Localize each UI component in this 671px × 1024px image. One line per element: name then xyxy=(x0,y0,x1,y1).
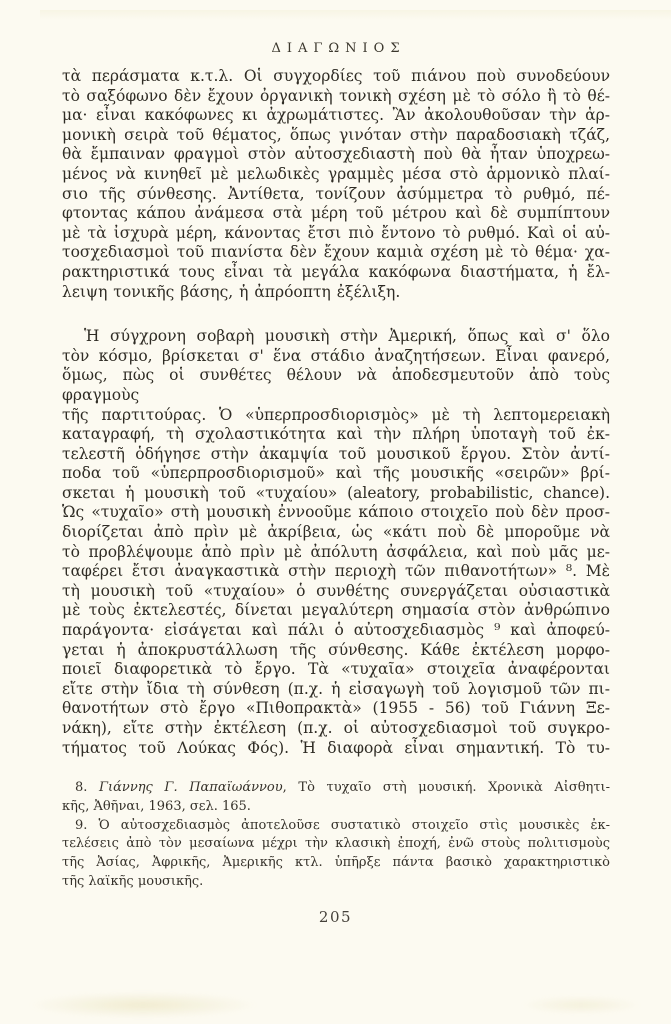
paragraph-continued: τὰ περάσματα κ.τ.λ. Οἱ συγχορδίες τοῦ πι… xyxy=(62,67,610,302)
paragraph-new: Ἡ σύγχρονη σοβαρὴ μουσικὴ στὴν Ἀμερική, … xyxy=(62,327,610,758)
text-line: καταγραφή, τὴ σχολαστικότητα καὶ τὴν πλή… xyxy=(62,425,610,445)
footnote-9: 9. Ὁ αὐτοσχεδιασμὸς ἀποτελοῦσε συστατικὸ… xyxy=(62,817,610,892)
text-line: κῆς, Ἀθῆναι, 1963, σελ. 165. xyxy=(62,798,610,817)
body-text: τὰ περάσματα κ.τ.λ. Οἱ συγχορδίες τοῦ πι… xyxy=(62,67,610,758)
footnote-text: , Τὸ τυχαῖο στὴ μουσική. Χρονικὰ Αἰσθητι… xyxy=(283,780,610,795)
text-line: διορίζεται ἀπὸ πρὶν μὲ ἀκρίβεια, ὡς «κάτ… xyxy=(62,523,610,543)
text-line: τῆς παρτιτούρας. Ὁ «ὑπερπροσδιορισμὸς» μ… xyxy=(62,406,610,426)
text-line: γεται ἡ ἀποκρυστάλλωση τῆς σύνθεσης. Κάθ… xyxy=(62,641,610,661)
text-line: τῆς λαϊκῆς μουσικῆς. xyxy=(62,873,610,892)
text-line: Ὡς «τυχαῖο» στὴ μουσικὴ ἐννοοῦμε κάποιο … xyxy=(62,503,610,523)
footnote-text: τῆς λαϊκῆς μουσικῆς. xyxy=(62,874,203,889)
text-line: φτοντας κάπου ἀνάμεσα στὰ μέρη τοῦ μέτρο… xyxy=(62,204,610,224)
text-line: τῆς Ἀσίας, Ἀφρικῆς, Ἀμερικῆς κτλ. ὑπῆρξε… xyxy=(62,854,610,873)
footnote-text: κῆς, Ἀθῆναι, 1963, σελ. 165. xyxy=(62,799,251,814)
text-line: τὰ περάσματα κ.τ.λ. Οἱ συγχορδίες τοῦ πι… xyxy=(62,67,610,87)
text-line: τήματος τοῦ Λούκας Φός). Ἡ διαφορὰ εἶναι… xyxy=(62,739,610,759)
footnotes-section: 8. Γιάννης Γ. Παπαϊωάννου, Τὸ τυχαῖο στὴ… xyxy=(62,779,610,891)
text-line: ποιεῖ διαφορετικὰ τὸ ἔργο. Τὰ «τυχαῖα» σ… xyxy=(62,660,610,680)
text-line: μα· εἶναι κακόφωνες κι ἀχρωμάτιστες. Ἂν … xyxy=(62,106,610,126)
text-line: νάκη), εἴτε στὴν ἐκτέλεση (π.χ. οἱ αὐτοσ… xyxy=(62,719,610,739)
text-line: 8. Γιάννης Γ. Παπαϊωάννου, Τὸ τυχαῖο στὴ… xyxy=(62,779,610,798)
text-line: ὅμως, πὼς οἱ συνθέτες θέλουν νὰ ἀποδεσμε… xyxy=(62,366,610,405)
journal-title: ΔΙΑΓΩΝΙΟΣ xyxy=(0,41,671,56)
text-line: σιο τῆς σύνθεσης. Ἀντίθετα, τονίζουν ἀσύ… xyxy=(62,185,610,205)
text-line: ταφέρει ἔτσι ἀναγκαστικὰ στὴν περιοχὴ τῶ… xyxy=(62,562,610,582)
page-number: 205 xyxy=(0,908,671,926)
text-line: τὸ σαξόφωνο δὲν ἔχουν ὀργανικὴ τονικὴ σχ… xyxy=(62,87,610,107)
scan-artifact xyxy=(28,992,258,1018)
text-line: Ἡ σύγχρονη σοβαρὴ μουσικὴ στὴν Ἀμερική, … xyxy=(62,327,610,347)
scan-artifact xyxy=(40,10,671,20)
text-line: μονικὴ σειρὰ τοῦ θέματος, ὅπως γινόταν σ… xyxy=(62,126,610,146)
text-line: λειψη τονικῆς βάσης, ἡ ἀπρόοπτη ἐξέλιξη. xyxy=(62,283,610,303)
footnote-author-italic: Γιάννης Γ. Παπαϊωάννου xyxy=(99,780,283,795)
text-line: ρακτηριστικά τους εἶναι τὰ μεγάλα κακόφω… xyxy=(62,263,610,283)
text-line: τελεστῆ ὁδήγησε στὴν ἀκαμψία τοῦ μουσικο… xyxy=(62,445,610,465)
footnote-text: 8. xyxy=(75,780,99,795)
footnote-text: τελέσεις ἀπὸ τὸν μεσαίωνα μέχρι τὴν κλασ… xyxy=(62,836,610,851)
text-line: μὲ τοὺς ἐκτελεστές, δίνεται μεγαλύτερη σ… xyxy=(62,601,610,621)
scan-artifact xyxy=(521,996,641,1014)
text-line: θὰ ἔμπαιναν φραγμοὶ στὸν αὐτοσχεδιαστὴ π… xyxy=(62,145,610,165)
text-line: τὴ μουσικὴ τοῦ «τυχαίου» ὁ συνθέτης συνε… xyxy=(62,582,610,602)
text-line: σκεται ἡ μουσικὴ τοῦ «τυχαίου» (aleatory… xyxy=(62,484,610,504)
text-line: τὸν κόσμο, βρίσκεται σ' ἕνα στάδιο ἀναζη… xyxy=(62,347,610,367)
scanned-book-page: ΔΙΑΓΩΝΙΟΣ τὰ περάσματα κ.τ.λ. Οἱ συγχορδ… xyxy=(0,0,671,1024)
text-line: τὸ προβλέψουμε ἀπὸ πρὶν μὲ ἀπόλυτη ἀσφάλ… xyxy=(62,543,610,563)
text-line: παράγοντα· εἰσάγεται καὶ πάλι ὁ αὐτοσχεδ… xyxy=(62,621,610,641)
text-line: ποδα τοῦ «ὑπερπροσδιορισμοῦ» καὶ τῆς μου… xyxy=(62,464,610,484)
text-line: μένος νὰ κινηθεῖ μὲ μελωδικὲς γραμμὲς μέ… xyxy=(62,165,610,185)
footnote-text: τῆς Ἀσίας, Ἀφρικῆς, Ἀμερικῆς κτλ. ὑπῆρξε… xyxy=(62,855,610,870)
text-line: μὲ τὰ ἰσχυρὰ μέρη, κάνοντας ἔτσι πιὸ ἔντ… xyxy=(62,224,610,244)
footnote-text: 9. Ὁ αὐτοσχεδιασμὸς ἀποτελοῦσε συστατικὸ… xyxy=(75,818,610,833)
text-line: εἴτε στὴν ἴδια τὴ σύνθεση (π.χ. ἡ εἰσαγω… xyxy=(62,680,610,700)
text-line: θανοτήτων στὸ ἔργο «Πιθοπρακτὰ» (1955 - … xyxy=(62,699,610,719)
footnote-8: 8. Γιάννης Γ. Παπαϊωάννου, Τὸ τυχαῖο στὴ… xyxy=(62,779,610,816)
text-line: τελέσεις ἀπὸ τὸν μεσαίωνα μέχρι τὴν κλασ… xyxy=(62,835,610,854)
text-line: 9. Ὁ αὐτοσχεδιασμὸς ἀποτελοῦσε συστατικὸ… xyxy=(62,817,610,836)
text-line: τοσχεδιασμοὶ τοῦ πιανίστα δὲν ἔχουν καμι… xyxy=(62,243,610,263)
